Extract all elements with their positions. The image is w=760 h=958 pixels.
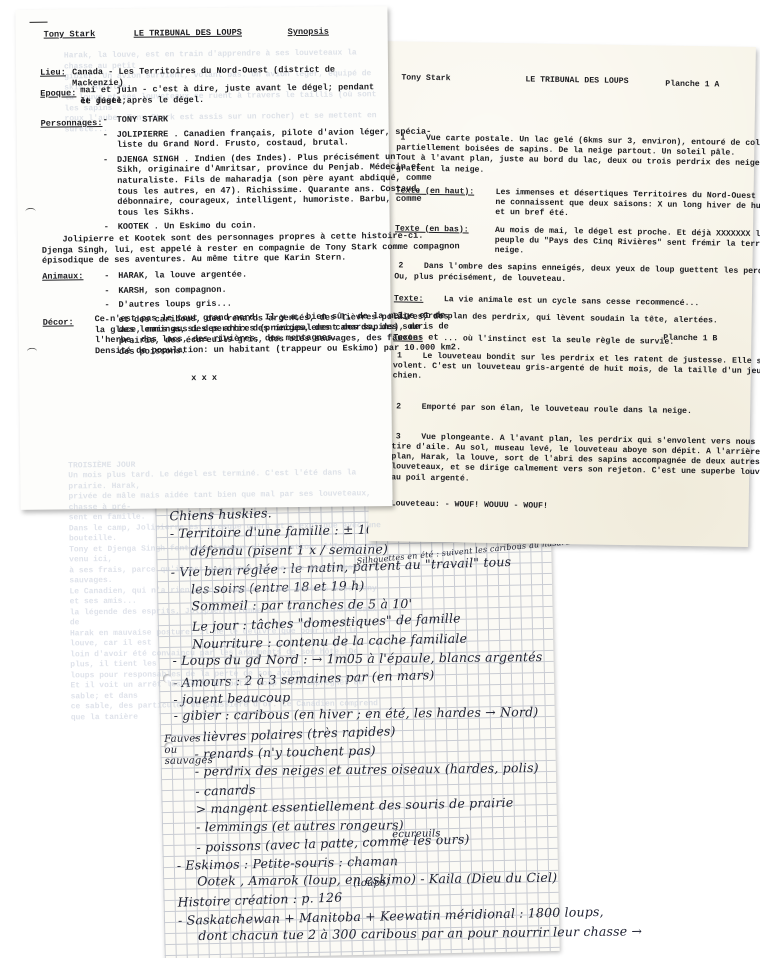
shot-text-line: au poil argenté. (391, 473, 470, 484)
shot-text-line: Ou, plus précisément, de louveteau. (394, 272, 566, 285)
synopsis-sheet: Harak, la louve, est en train d'apprendr… (15, 6, 392, 510)
decor-label: Décor: (43, 317, 74, 328)
handwritten-line: > mangent essentiellement des souris de … (196, 795, 514, 817)
list-dash: - (103, 130, 108, 141)
list-dash: - (102, 115, 107, 126)
corner-mark (30, 22, 48, 23)
punch-hole (25, 208, 35, 215)
synopsis-section: Synopsis (288, 27, 329, 38)
lieu-label: Lieu: (40, 67, 66, 78)
list-dash: - (104, 271, 109, 282)
loups-annotation: (loups) (353, 877, 390, 889)
handwritten-line: - lemmings (et autres rongeurs) (196, 817, 404, 834)
list-dash: - (103, 155, 108, 166)
separator: x x x (191, 373, 217, 384)
synopsis-paragraph: Jolipierre et Kootek sont des personnage… (42, 231, 384, 266)
ecureuils-annotation: écureuils (392, 828, 441, 840)
animaux-label: Animaux: (42, 271, 83, 282)
shot-text-line: Emporté par son élan, le louveteau roule… (392, 402, 692, 417)
planche-author: Tony Stark (401, 73, 450, 84)
handwritten-line: Histoire création : p. 126 (177, 890, 342, 910)
planche-a-label: Planche 1 A (665, 80, 719, 91)
planche-b-label: Planche 1 B (663, 334, 717, 345)
side-annotation: Fauves ou sauvages (164, 733, 205, 767)
list-dash: - (104, 222, 109, 233)
shot-text-line: chien. (393, 372, 423, 383)
handwritten-line: - lièvres polaires (très rapides) (194, 723, 396, 744)
planche-sheet: Tony Stark LE TRIBUNAL DES LOUPS Planche… (368, 41, 756, 547)
handwritten-line: - canards (195, 782, 256, 799)
caption-text-line: neige. (495, 246, 525, 257)
planche-a-content: 1 Vue carte postale. Un lac gelé (6kms s… (376, 41, 756, 47)
synopsis-author: Tony Stark (44, 29, 96, 40)
list-dash: - (104, 286, 109, 297)
handwritten-line: - Eskimos : Petite-souris : chaman (177, 853, 399, 873)
dialogue-line: Louveteau: - WOUF! WOUUU - WOUF! (391, 499, 548, 512)
personnages-label: Personnages: (41, 118, 103, 129)
list-dash: - (104, 300, 109, 311)
planche-b-content: 1 Le louveteau bondit sur les perdrix et… (376, 41, 756, 47)
planche-title: LE TRIBUNAL DES LOUPS (525, 75, 628, 87)
synopsis-title: LE TRIBUNAL DES LOUPS (134, 28, 242, 40)
caption-text-line: La vie animale est un cycle sans cesse r… (444, 295, 700, 309)
epoque-label: Epoque: (40, 88, 76, 99)
handwritten-line: dont chacun tue 2 à 300 caribous par an … (198, 924, 642, 944)
caption-text-line: ... où l'instinct est la seule règle de … (443, 335, 674, 349)
punch-hole (27, 348, 37, 355)
handwritten-line: - renards (n'y touchent pas) (194, 743, 376, 762)
caption-text-line: et un bref été. (495, 208, 569, 219)
handwritten-line: - perdrix des neiges et autres oiseaux (… (195, 760, 539, 779)
caption-label: Texte: (394, 294, 424, 305)
